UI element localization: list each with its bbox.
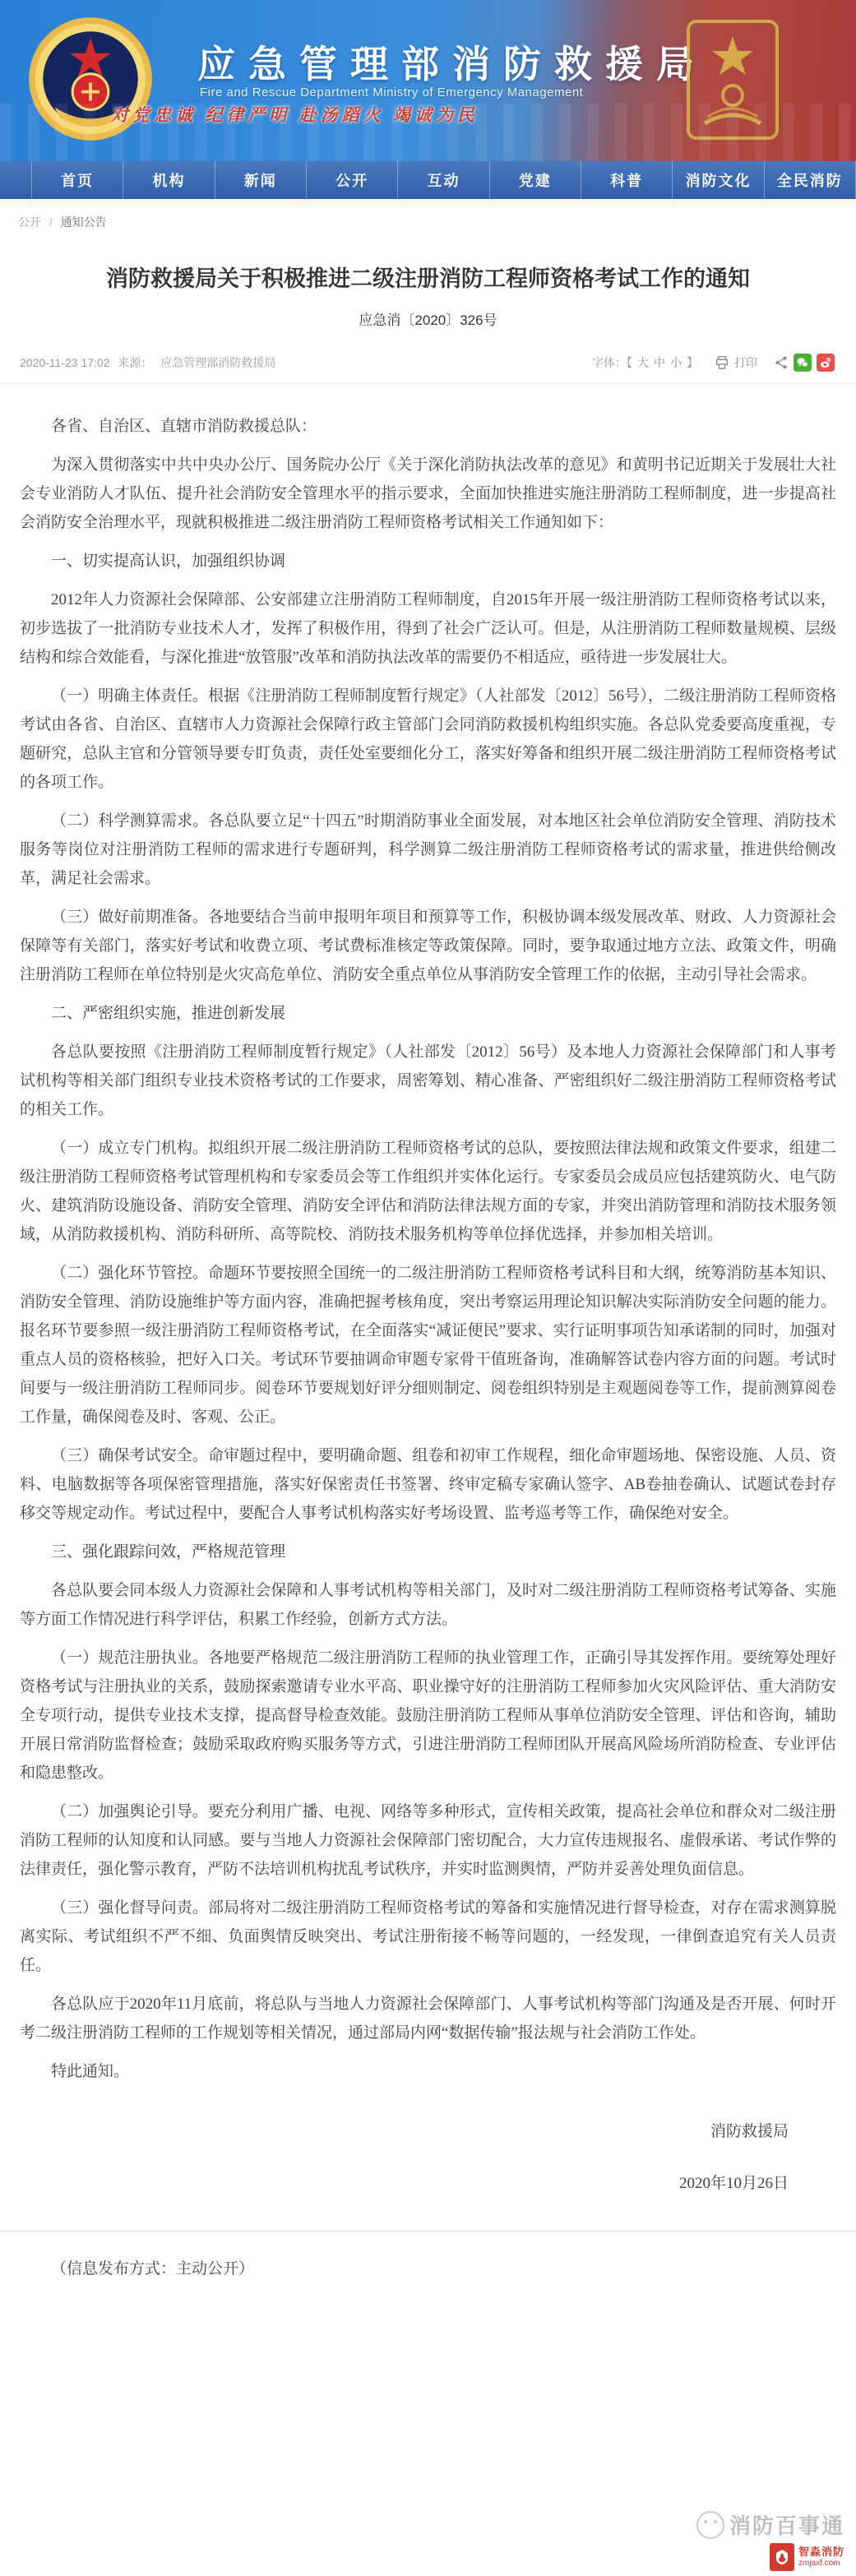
section-heading: 一、切实提高认识，加强组织协调	[20, 547, 836, 576]
meta-right: 字体：【 大 中 小 】 打印	[592, 354, 836, 372]
nav-item-7[interactable]: 科普	[581, 161, 672, 199]
paragraph: （三）强化督导问责。部局将对二级注册消防工程师资格考试的筹备和实施情况进行督导检…	[20, 1894, 836, 1980]
nav-item-2[interactable]: 机构	[123, 161, 214, 199]
doc-number: 应急消〔2020〕326号	[0, 308, 856, 329]
publish-method-note: （信息发布方式：主动公开）	[20, 2256, 836, 2278]
paragraph: （一）成立专门机构。拟组织开展二级注册消防工程师资格考试的总队，要按照法律法规和…	[20, 1134, 836, 1249]
site-title: 应急管理部消防救援局	[197, 35, 707, 89]
article-body: 各省、自治区、直辖市消防救援总队：为深入贯彻落实中共中央办公厅、国务院办公厅《关…	[0, 384, 856, 2086]
signature-org: 消防救援局	[0, 2119, 856, 2141]
signature-date: 2020年10月26日	[0, 2171, 856, 2193]
site-watermark-text: 消防百事通	[729, 2509, 844, 2540]
site-header: 应急管理部消防救援局 Fire and Rescue Department Mi…	[0, 0, 856, 161]
main-nav: 首页机构新闻公开互动党建科普消防文化全民消防	[0, 161, 856, 199]
nav-item-3[interactable]: 新闻	[215, 161, 306, 199]
paragraph: （二）强化环节管控。命题环节要按照全国统一的二级注册消防工程师资格考试科目和大纲…	[20, 1259, 836, 1431]
source-label: 来源：	[118, 356, 152, 369]
nav-item-9[interactable]: 全民消防	[764, 161, 856, 199]
motto-calligraphy: 对党忠诚 纪律严明 赴汤蹈火 竭诚为民	[111, 102, 479, 127]
section-heading: 三、强化跟踪问效，严格规范管理	[20, 1538, 836, 1566]
paragraph: （一）规范注册执业。各地要严格规范二级注册消防工程师的执业管理工作，正确引导其发…	[20, 1644, 836, 1787]
breadcrumb-strip	[0, 199, 856, 206]
publish-datetime: 2020-11-23 17:02	[20, 356, 110, 369]
paragraph: （二）加强舆论引导。要充分利用广播、电视、网络等多种形式，宣传相关政策，提高社会…	[20, 1797, 836, 1884]
share-icon[interactable]	[774, 355, 789, 370]
brand-url: zmjaxf.com	[798, 2559, 844, 2569]
watermarks: 消防百事通 智淼消防 zmjaxf.com	[696, 2509, 844, 2571]
site-watermark: 消防百事通	[696, 2509, 844, 2540]
paragraph: （一）明确主体责任。根据《注册消防工程师制度暂行规定》（人社部发〔2012〕56…	[20, 682, 836, 797]
breadcrumb-current[interactable]: 通知公告	[61, 215, 107, 229]
paragraph: 2012年人力资源社会保障部、公安部建立注册消防工程师制度，自2015年开展一级…	[20, 585, 836, 672]
printer-icon[interactable]	[715, 355, 729, 370]
font-size-small-button[interactable]: 小	[670, 354, 682, 371]
article-title: 消防救援局关于积极推进二级注册消防工程师资格考试工作的通知	[58, 263, 798, 295]
nav-item-6[interactable]: 党建	[489, 161, 581, 199]
source-name: 应急管理部消防救援局	[160, 356, 275, 369]
page: 应急管理部消防救援局 Fire and Rescue Department Mi…	[0, 0, 856, 2576]
nav-item-5[interactable]: 互动	[397, 161, 488, 199]
site-subtitle-en: Fire and Rescue Department Ministry of E…	[200, 86, 583, 99]
wechat-share-icon[interactable]	[794, 354, 812, 372]
brand-logo-icon	[770, 2543, 794, 2571]
print-button[interactable]: 打印	[734, 354, 757, 371]
paragraph: 各总队要会同本级人力资源社会保障和人事考试机构等相关部门，及时对二级注册消防工程…	[20, 1576, 836, 1634]
paragraph: 各总队要按照《注册消防工程师制度暂行规定》（人社部发〔2012〕56号）及本地人…	[20, 1038, 836, 1124]
footer-note: （信息发布方式：主动公开）	[0, 2231, 856, 2336]
font-size-medium-button[interactable]: 中	[654, 354, 665, 371]
nav-item-8[interactable]: 消防文化	[672, 161, 763, 199]
font-size-label-end: 】	[687, 354, 698, 371]
breadcrumb-section[interactable]: 公开	[18, 215, 41, 229]
flag-emblem-icon	[680, 18, 785, 141]
paragraph: （三）确保考试安全。命审题过程中，要明确命题、组卷和初审工作规程，细化命审题场地…	[20, 1441, 836, 1528]
meta-left: 2020-11-23 17:02 来源： 应急管理部消防救援局	[20, 354, 280, 371]
font-size-label: 字体：【	[592, 354, 632, 371]
paragraph: （二）科学测算需求。各总队要立足“十四五”时期消防事业全面发展，对本地区社会单位…	[20, 807, 836, 893]
paragraph: 各省、自治区、直辖市消防救援总队：	[20, 412, 836, 441]
paragraph: 为深入贯彻落实中共中央办公厅、国务院办公厅《关于深化消防执法改革的意见》和黄明书…	[20, 451, 836, 537]
section-heading: 二、严密组织实施，推进创新发展	[20, 999, 836, 1028]
nav-item-1[interactable]: 首页	[31, 161, 123, 199]
brand-name: 智淼消防	[798, 2546, 844, 2559]
breadcrumb-separator: /	[49, 215, 53, 229]
paragraph: （三）做好前期准备。各地要结合当前申报明年项目和预算等工作，积极协调本级发展改革…	[20, 903, 836, 989]
font-size-large-button[interactable]: 大	[637, 354, 649, 371]
breadcrumb: 公开 / 通知公告	[0, 206, 856, 235]
brand-watermark: 智淼消防 zmjaxf.com	[770, 2543, 844, 2571]
paragraph: 各总队应于2020年11月底前，将总队与当地人力资源社会保障部门、人事考试机构等…	[20, 1990, 836, 2047]
article: 消防救援局关于积极推进二级注册消防工程师资格考试工作的通知 应急消〔2020〕3…	[0, 263, 856, 2336]
weibo-share-icon[interactable]	[817, 354, 835, 372]
fire-rescue-emblem-icon	[26, 15, 155, 143]
paragraph: 特此通知。	[20, 2057, 836, 2086]
nav-item-4[interactable]: 公开	[306, 161, 397, 199]
meta-row: 2020-11-23 17:02 来源： 应急管理部消防救援局 字体：【 大 中…	[0, 354, 856, 384]
site-watermark-logo-icon	[696, 2511, 724, 2539]
